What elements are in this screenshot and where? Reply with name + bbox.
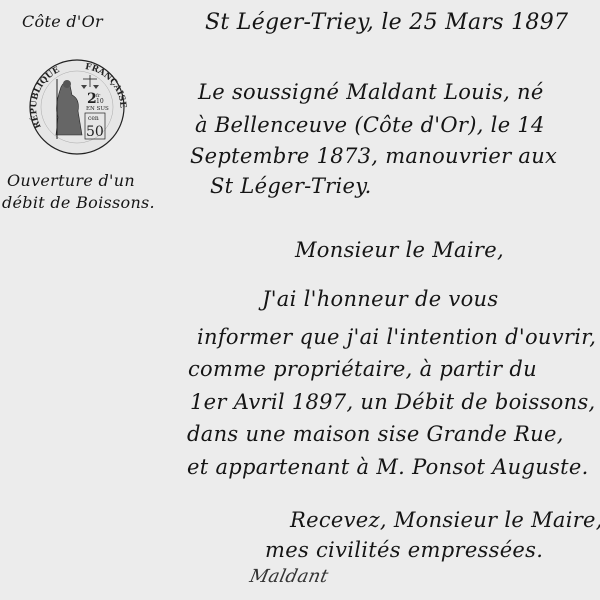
- scanned-letter-page: Côte d'Or RÉPUBLIQUE FRANÇAISE 2: [0, 0, 600, 600]
- closing-line-2: mes civilités empressées.: [265, 538, 543, 562]
- fiscal-stamp: RÉPUBLIQUE FRANÇAISE 2 fr 10 EN SUS cen …: [27, 57, 127, 157]
- fiscal-stamp-icon: RÉPUBLIQUE FRANÇAISE 2 fr 10 EN SUS cen …: [27, 57, 127, 157]
- intro-line-4: St Léger-Triey.: [210, 174, 372, 198]
- intro-line-2: à Bellenceuve (Côte d'Or), le 14: [195, 113, 545, 137]
- intro-line-3: Septembre 1873, manouvrier aux: [190, 144, 557, 168]
- body-line-5: dans une maison sise Grande Rue,: [187, 422, 564, 446]
- body-line-6: et appartenant à M. Ponsot Auguste.: [187, 455, 589, 479]
- body-line-1: J'ai l'honneur de vous: [262, 287, 498, 311]
- closing-line-1: Recevez, Monsieur le Maire,: [290, 508, 600, 532]
- svg-text:cen: cen: [88, 115, 99, 122]
- body-line-3: comme propriétaire, à partir du: [188, 357, 537, 381]
- intro-line-1: Le soussigné Maldant Louis, né: [198, 80, 544, 104]
- signature: Maldant: [248, 566, 331, 587]
- place-date-line: St Léger-Triey, le 25 Mars 1897: [205, 10, 568, 35]
- svg-text:10: 10: [96, 98, 104, 105]
- body-line-4: 1er Avril 1897, un Débit de boissons,: [190, 390, 596, 414]
- margin-department: Côte d'Or: [22, 12, 103, 31]
- svg-text:EN SUS: EN SUS: [86, 106, 109, 112]
- margin-subject-line-2: débit de Boissons.: [2, 193, 155, 212]
- svg-text:50: 50: [86, 124, 104, 140]
- body-line-2: informer que j'ai l'intention d'ouvrir,: [197, 325, 596, 349]
- margin-subject-line-1: Ouverture d'un: [7, 171, 135, 190]
- salutation: Monsieur le Maire,: [295, 238, 504, 262]
